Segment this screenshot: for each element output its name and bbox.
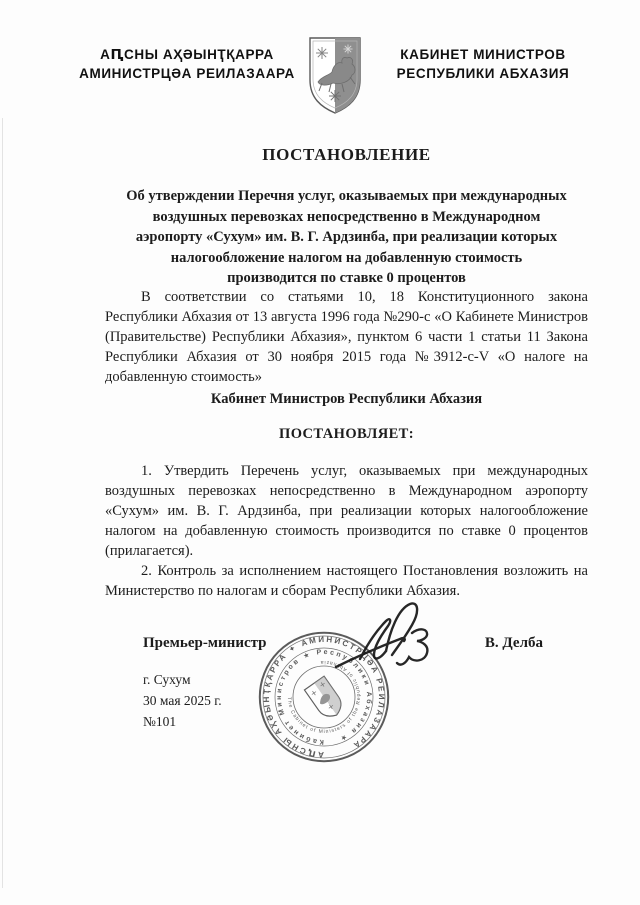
issuing-org-russian: КАБИНЕТ МИНИСТРОВ РЕСПУБЛИКИ АБХАЗИЯ [382,45,584,83]
issuing-org-abkhaz: АԤСНЫ АҲӘЫНҬҚАРРА АМИНИСТРЦӘА РЕИЛАЗААРА [76,45,298,83]
org-russian-line2: РЕСПУБЛИКИ АБХАЗИЯ [382,64,584,83]
enacting-formula: ПОСТАНОВЛЯЕТ: [105,426,588,443]
number-line: №101 [143,714,176,730]
subject-line: Об утверждении Перечня услуг, оказываемы… [105,186,588,207]
org-abkhaz-line1: АԤСНЫ АҲӘЫНҬҚАРРА [76,45,298,64]
place-line: г. Сухум [143,672,191,688]
handwritten-signature-icon [316,597,466,687]
preamble-paragraph: В соответствии со статьями 10, 18 Консти… [105,287,588,387]
decree-item-1: 1. Утвердить Перечень услуг, оказываемых… [105,461,588,561]
star-upper-right-icon [344,45,353,54]
doc-subject: Об утверждении Перечня услуг, оказываемы… [105,186,588,289]
decree-items: 1. Утвердить Перечень услуг, оказываемых… [105,461,588,601]
doc-title: ПОСТАНОВЛЕНИЕ [105,145,588,165]
subject-line: воздушных перевозках непосредственно в М… [105,207,588,228]
date-line: 30 мая 2025 г. [143,693,222,709]
scan-edge-line [2,118,3,888]
subject-line: налогообложение налогом на добавленную с… [105,248,588,269]
signature-post: Премьер-министр [143,635,267,652]
subject-line: производится по ставке 0 процентов [105,268,588,289]
signature-name: В. Делба [485,635,543,652]
issuer-line: Кабинет Министров Республики Абхазия [105,391,588,408]
decree-page: АԤСНЫ АҲӘЫНҬҚАРРА АМИНИСТРЦӘА РЕИЛАЗААРА… [0,0,640,905]
coat-of-arms-icon [306,36,364,116]
org-abkhaz-line2: АМИНИСТРЦӘА РЕИЛАЗААРА [76,64,298,83]
subject-line: аэропорту «Сухум» им. В. Г. Ардзинба, пр… [105,227,588,248]
decree-item-2: 2. Контроль за исполнением настоящего По… [105,561,588,601]
org-russian-line1: КАБИНЕТ МИНИСТРОВ [382,45,584,64]
